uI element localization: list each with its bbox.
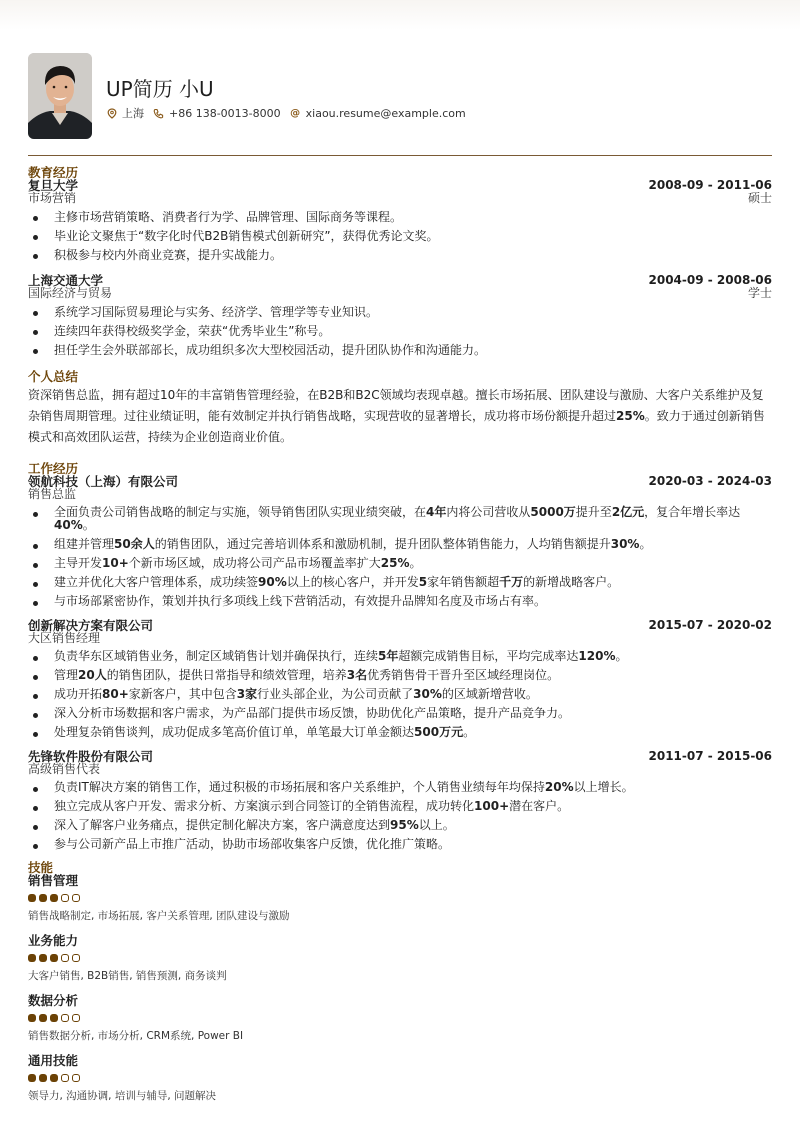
skill-item: 业务能力大客户销售, B2B销售, 销售预测, 商务谈判: [28, 934, 772, 982]
degree: 学士: [748, 287, 772, 300]
education-entry: 复旦大学2008-09 - 2011-06市场营销硕士主修市场营销策略、消费者行…: [28, 179, 772, 263]
skill-item: 销售管理销售战略制定, 市场拓展, 客户关系管理, 团队建设与激励: [28, 874, 772, 922]
entry-header: 上海交通大学2004-09 - 2008-06: [28, 274, 772, 287]
skill-item: 数据分析销售数据分析, 市场分析, CRM系统, Power BI: [28, 994, 772, 1042]
education-entry: 上海交通大学2004-09 - 2008-06国际经济与贸易学士系统学习国际贸易…: [28, 274, 772, 358]
skill-item: 通用技能领导力, 沟通协调, 培训与辅导, 问题解决: [28, 1054, 772, 1102]
entry-subheader: 市场营销硕士: [28, 192, 772, 205]
entry-subheader: 高级销售代表: [28, 763, 772, 776]
skill-name: 业务能力: [28, 934, 772, 948]
avatar: [28, 53, 92, 139]
empty-dot-icon: [61, 1014, 69, 1022]
filled-dot-icon: [28, 894, 36, 902]
contact-email: @ xiaou.resume@example.com: [290, 107, 466, 120]
summary-text: 资深销售总监，拥有超过10年的丰富销售管理经验，在B2B和B2C领域均表现卓越。…: [28, 385, 772, 448]
entry-subheader: 销售总监: [28, 488, 772, 501]
filled-dot-icon: [50, 954, 58, 962]
degree: 硕士: [748, 192, 772, 205]
bullet-list: 负责华东区域销售业务，制定区域销售计划并确保执行，连续5年超额完成销售目标，平均…: [28, 650, 772, 739]
bullet-item: 担任学生会外联部部长，成功组织多次大型校园活动，提升团队协作和沟通能力。: [28, 343, 772, 358]
skill-name: 通用技能: [28, 1054, 772, 1068]
phone-text[interactable]: +86 138-0013-8000: [169, 107, 281, 120]
entry-header: 先锋软件股份有限公司2011-07 - 2015-06: [28, 750, 772, 763]
bullet-list: 系统学习国际贸易理论与实务、经济学、管理学等专业知识。连续四年获得校级奖学金，荣…: [28, 305, 772, 358]
bullet-item: 管理20人的销售团队，提供日常指导和绩效管理，培养3名优秀销售骨干晋升至区域经理…: [28, 669, 772, 682]
bullet-list: 负责IT解决方案的销售工作，通过积极的市场拓展和客户关系维护，个人销售业绩每年均…: [28, 781, 772, 851]
bullet-item: 独立完成从客户开发、需求分析、方案演示到合同签订的全销售流程，成功转化100+潜…: [28, 800, 772, 813]
job-role: 销售总监: [28, 488, 76, 501]
bullet-item: 组建并管理50余人的销售团队，通过完善培训体系和激励机制，提升团队整体销售能力，…: [28, 538, 772, 551]
date-range: 2020-03 - 2024-03: [649, 475, 773, 488]
entry-subheader: 大区销售经理: [28, 632, 772, 645]
bullet-item: 深入分析市场数据和客户需求，为产品部门提供市场反馈，协助优化产品策略，提升产品竞…: [28, 707, 772, 720]
bullet-item: 成功开拓80+家新客户，其中包含3家行业头部企业，为公司贡献了30%的区域新增营…: [28, 688, 772, 701]
filled-dot-icon: [28, 1074, 36, 1082]
skill-name: 销售管理: [28, 874, 772, 888]
filled-dot-icon: [50, 1074, 58, 1082]
bullet-item: 毕业论文聚焦于“数字化时代B2B销售模式创新研究”，获得优秀论文奖。: [28, 229, 772, 244]
bullet-list: 全面负责公司销售战略的制定与实施，领导销售团队实现业绩突破，在4年内将公司营收从…: [28, 506, 772, 608]
resume-content: 教育经历 复旦大学2008-09 - 2011-06市场营销硕士主修市场营销策略…: [28, 166, 772, 1102]
filled-dot-icon: [50, 894, 58, 902]
job-role: 大区销售经理: [28, 632, 100, 645]
skills-section: 技能 销售管理销售战略制定, 市场拓展, 客户关系管理, 团队建设与激励业务能力…: [28, 861, 772, 1102]
bullet-item: 系统学习国际贸易理论与实务、经济学、管理学等专业知识。: [28, 305, 772, 320]
bullet-item: 全面负责公司销售战略的制定与实施，领导销售团队实现业绩突破，在4年内将公司营收从…: [28, 506, 772, 532]
work-entry: 先锋软件股份有限公司2011-07 - 2015-06高级销售代表负责IT解决方…: [28, 750, 772, 851]
filled-dot-icon: [39, 1074, 47, 1082]
skill-level-rating: [28, 894, 772, 902]
skill-level-rating: [28, 1074, 772, 1082]
skill-level-rating: [28, 954, 772, 962]
empty-dot-icon: [72, 1074, 80, 1082]
bullet-list: 主修市场营销策略、消费者行为学、品牌管理、国际商务等课程。毕业论文聚焦于“数字化…: [28, 210, 772, 263]
empty-dot-icon: [72, 1014, 80, 1022]
map-pin-icon: [106, 108, 117, 119]
major: 市场营销: [28, 192, 76, 205]
filled-dot-icon: [50, 1014, 58, 1022]
job-role: 高级销售代表: [28, 763, 100, 776]
resume-header: UP简历 小U 上海 +86 138-0013-8000 @ xiaou.res…: [28, 53, 772, 141]
filled-dot-icon: [39, 1014, 47, 1022]
phone-icon: [153, 108, 164, 119]
entry-header: 创新解决方案有限公司2015-07 - 2020-02: [28, 619, 772, 632]
major: 国际经济与贸易: [28, 287, 112, 300]
skill-keywords: 大客户销售, B2B销售, 销售预测, 商务谈判: [28, 970, 772, 982]
profile-photo: [28, 53, 92, 139]
email-text[interactable]: xiaou.resume@example.com: [306, 107, 466, 120]
filled-dot-icon: [28, 954, 36, 962]
date-range: 2011-07 - 2015-06: [649, 750, 773, 763]
bullet-item: 连续四年获得校级奖学金，荣获“优秀毕业生”称号。: [28, 324, 772, 339]
entry-subheader: 国际经济与贸易学士: [28, 287, 772, 300]
bullet-item: 处理复杂销售谈判，成功促成多笔高价值订单，单笔最大订单金额达500万元。: [28, 726, 772, 739]
skill-name: 数据分析: [28, 994, 772, 1008]
work-entry: 领航科技（上海）有限公司2020-03 - 2024-03销售总监全面负责公司销…: [28, 475, 772, 608]
skill-level-rating: [28, 1014, 772, 1022]
contact-info: 上海 +86 138-0013-8000 @ xiaou.resume@exam…: [106, 105, 475, 121]
section-title-summary: 个人总结: [28, 370, 772, 383]
filled-dot-icon: [39, 894, 47, 902]
bullet-item: 积极参与校内外商业竞赛，提升实战能力。: [28, 248, 772, 263]
skill-keywords: 领导力, 沟通协调, 培训与辅导, 问题解决: [28, 1090, 772, 1102]
at-icon: @: [290, 108, 301, 119]
date-range: 2015-07 - 2020-02: [649, 619, 773, 632]
entry-header: 复旦大学2008-09 - 2011-06: [28, 179, 772, 192]
work-section: 工作经历 领航科技（上海）有限公司2020-03 - 2024-03销售总监全面…: [28, 462, 772, 851]
bullet-item: 主导开发10+个新市场区域，成功将公司产品市场覆盖率扩大25%。: [28, 557, 772, 570]
education-section: 教育经历 复旦大学2008-09 - 2011-06市场营销硕士主修市场营销策略…: [28, 166, 772, 358]
bullet-item: 参与公司新产品上市推广活动，协助市场部收集客户反馈，优化推广策略。: [28, 838, 772, 851]
skill-keywords: 销售数据分析, 市场分析, CRM系统, Power BI: [28, 1030, 772, 1042]
empty-dot-icon: [61, 894, 69, 902]
candidate-name: UP简历 小U: [106, 73, 214, 102]
contact-phone: +86 138-0013-8000: [153, 107, 281, 120]
work-entry: 创新解决方案有限公司2015-07 - 2020-02大区销售经理负责华东区域销…: [28, 619, 772, 739]
filled-dot-icon: [28, 1014, 36, 1022]
bullet-item: 负责华东区域销售业务，制定区域销售计划并确保执行，连续5年超额完成销售目标，平均…: [28, 650, 772, 663]
skill-keywords: 销售战略制定, 市场拓展, 客户关系管理, 团队建设与激励: [28, 910, 772, 922]
bullet-item: 主修市场营销策略、消费者行为学、品牌管理、国际商务等课程。: [28, 210, 772, 225]
bullet-item: 深入了解客户业务痛点，提供定制化解决方案，客户满意度达到95%以上。: [28, 819, 772, 832]
header-divider: [28, 155, 772, 156]
empty-dot-icon: [72, 954, 80, 962]
empty-dot-icon: [61, 1074, 69, 1082]
entry-header: 领航科技（上海）有限公司2020-03 - 2024-03: [28, 475, 772, 488]
section-title-skills: 技能: [28, 861, 772, 874]
location-text: 上海: [122, 105, 144, 121]
bullet-item: 建立并优化大客户管理体系，成功续签90%以上的核心客户，并开发5家年销售额超千万…: [28, 576, 772, 589]
resume-page: UP简历 小U 上海 +86 138-0013-8000 @ xiaou.res…: [0, 0, 800, 1130]
filled-dot-icon: [39, 954, 47, 962]
empty-dot-icon: [72, 894, 80, 902]
bullet-item: 负责IT解决方案的销售工作，通过积极的市场拓展和客户关系维护，个人销售业绩每年均…: [28, 781, 772, 794]
summary-section: 个人总结 资深销售总监，拥有超过10年的丰富销售管理经验，在B2B和B2C领域均…: [28, 370, 772, 448]
bullet-item: 与市场部紧密协作，策划并执行多项线上线下营销活动，有效提升品牌知名度及市场占有率…: [28, 595, 772, 608]
empty-dot-icon: [61, 954, 69, 962]
contact-location: 上海: [106, 105, 144, 121]
